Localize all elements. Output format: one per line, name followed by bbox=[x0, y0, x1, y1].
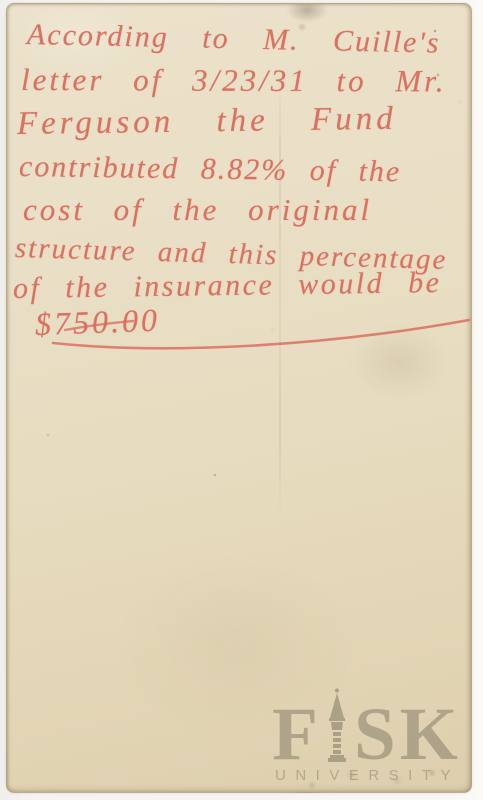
fisk-university-watermark: F SK UNIV bbox=[272, 688, 462, 784]
watermark-subtitle: UNIVERSITY bbox=[272, 767, 462, 784]
chapel-tower-icon bbox=[325, 688, 349, 762]
handwritten-line-3: Ferguson the Fund bbox=[17, 101, 397, 143]
note-card: According to M. Cuille's letter of 3/23/… bbox=[6, 3, 472, 793]
handwritten-note: According to M. Cuille's letter of 3/23/… bbox=[7, 4, 471, 792]
handwritten-line-2: letter of 3/23/31 to Mr. bbox=[21, 62, 447, 99]
scanned-card-back: According to M. Cuille's letter of 3/23/… bbox=[0, 0, 483, 800]
handwritten-line-7: of the insurance would be bbox=[13, 266, 442, 306]
handwritten-line-5: cost of the original bbox=[23, 192, 372, 228]
handwritten-line-4: contributed 8.82% of the bbox=[19, 150, 402, 189]
handwritten-line-8: $750.00 bbox=[34, 302, 160, 343]
watermark-letters-sk: SK bbox=[354, 708, 462, 762]
watermark-word: F SK bbox=[272, 688, 462, 762]
handwritten-line-1: According to M. Cuille's bbox=[27, 18, 441, 61]
watermark-letter-f: F bbox=[272, 708, 322, 762]
